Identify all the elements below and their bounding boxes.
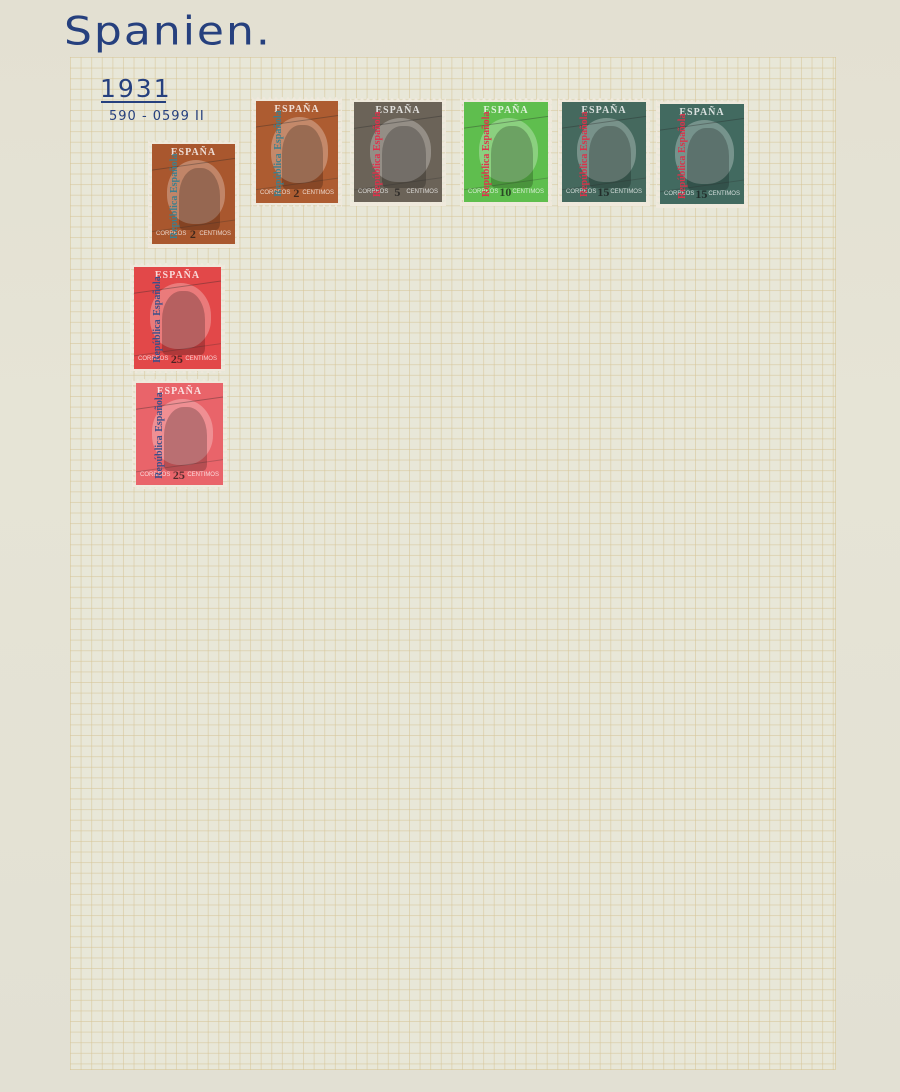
year-label: 1931 bbox=[100, 74, 172, 103]
stamp-face: ESPAÑACORREOS10CENTIMOSRepúblicaEspañola bbox=[464, 102, 548, 202]
stamp-face: ESPAÑACORREOS15CENTIMOSRepúblicaEspañola bbox=[562, 102, 646, 202]
overprint: RepúblicaEspañola bbox=[678, 112, 730, 200]
overprint-line: Española bbox=[170, 153, 221, 192]
page-heading: Spanien. bbox=[64, 9, 272, 55]
catalog-reference: 590 - 0599 II bbox=[109, 109, 205, 124]
overprint: RepúblicaEspañola bbox=[153, 275, 207, 365]
overprint-line: Española bbox=[153, 277, 207, 316]
overprint-line: República bbox=[170, 195, 221, 238]
stamp: ESPAÑACORREOS15CENTIMOSRepúblicaEspañola bbox=[558, 98, 650, 206]
stamp: ESPAÑACORREOS5CENTIMOSRepúblicaEspañola bbox=[350, 98, 446, 206]
stamp: ESPAÑACORREOS2CENTIMOSRepúblicaEspañola bbox=[252, 97, 342, 207]
stamp-face: ESPAÑACORREOS25CENTIMOSRepúblicaEspañola bbox=[134, 267, 221, 369]
overprint: RepúblicaEspañola bbox=[580, 110, 632, 198]
stamp: ESPAÑACORREOS2CENTIMOSRepúblicaEspañola bbox=[148, 140, 239, 248]
overprint: RepúblicaEspañola bbox=[274, 109, 325, 199]
overprint-line: República bbox=[155, 436, 209, 479]
overprint-line: República bbox=[153, 320, 207, 363]
stamp: ESPAÑACORREOS15CENTIMOSRepúblicaEspañola bbox=[656, 100, 748, 208]
overprint-line: Española bbox=[373, 111, 428, 150]
overprint-line: Española bbox=[274, 111, 325, 150]
stamp-face: ESPAÑACORREOS2CENTIMOSRepúblicaEspañola bbox=[152, 144, 235, 244]
stamp: ESPAÑACORREOS10CENTIMOSRepúblicaEspañola bbox=[460, 98, 552, 206]
stamp-face: ESPAÑACORREOS2CENTIMOSRepúblicaEspañola bbox=[256, 101, 338, 203]
stamp-face: ESPAÑACORREOS5CENTIMOSRepúblicaEspañola bbox=[354, 102, 442, 202]
overprint-line: República bbox=[373, 153, 428, 196]
overprint: RepúblicaEspañola bbox=[373, 110, 428, 198]
stamp-face: ESPAÑACORREOS25CENTIMOSRepúblicaEspañola bbox=[136, 383, 223, 485]
stamp: ESPAÑACORREOS25CENTIMOSRepúblicaEspañola bbox=[130, 263, 225, 373]
overprint-line: República bbox=[274, 154, 325, 197]
overprint-line: República bbox=[482, 153, 534, 196]
overprint: RepúblicaEspañola bbox=[482, 110, 534, 198]
overprint-line: Española bbox=[482, 111, 534, 150]
overprint-line: República bbox=[580, 153, 632, 196]
overprint-line: Española bbox=[155, 393, 209, 432]
stamp: ESPAÑACORREOS25CENTIMOSRepúblicaEspañola bbox=[132, 379, 227, 489]
overprint-line: República bbox=[678, 155, 730, 198]
overprint-line: Española bbox=[678, 113, 730, 152]
year-underline bbox=[101, 101, 166, 103]
overprint: RepúblicaEspañola bbox=[170, 152, 221, 240]
overprint-line: Española bbox=[580, 111, 632, 150]
stamp-face: ESPAÑACORREOS15CENTIMOSRepúblicaEspañola bbox=[660, 104, 744, 204]
overprint: RepúblicaEspañola bbox=[155, 391, 209, 481]
